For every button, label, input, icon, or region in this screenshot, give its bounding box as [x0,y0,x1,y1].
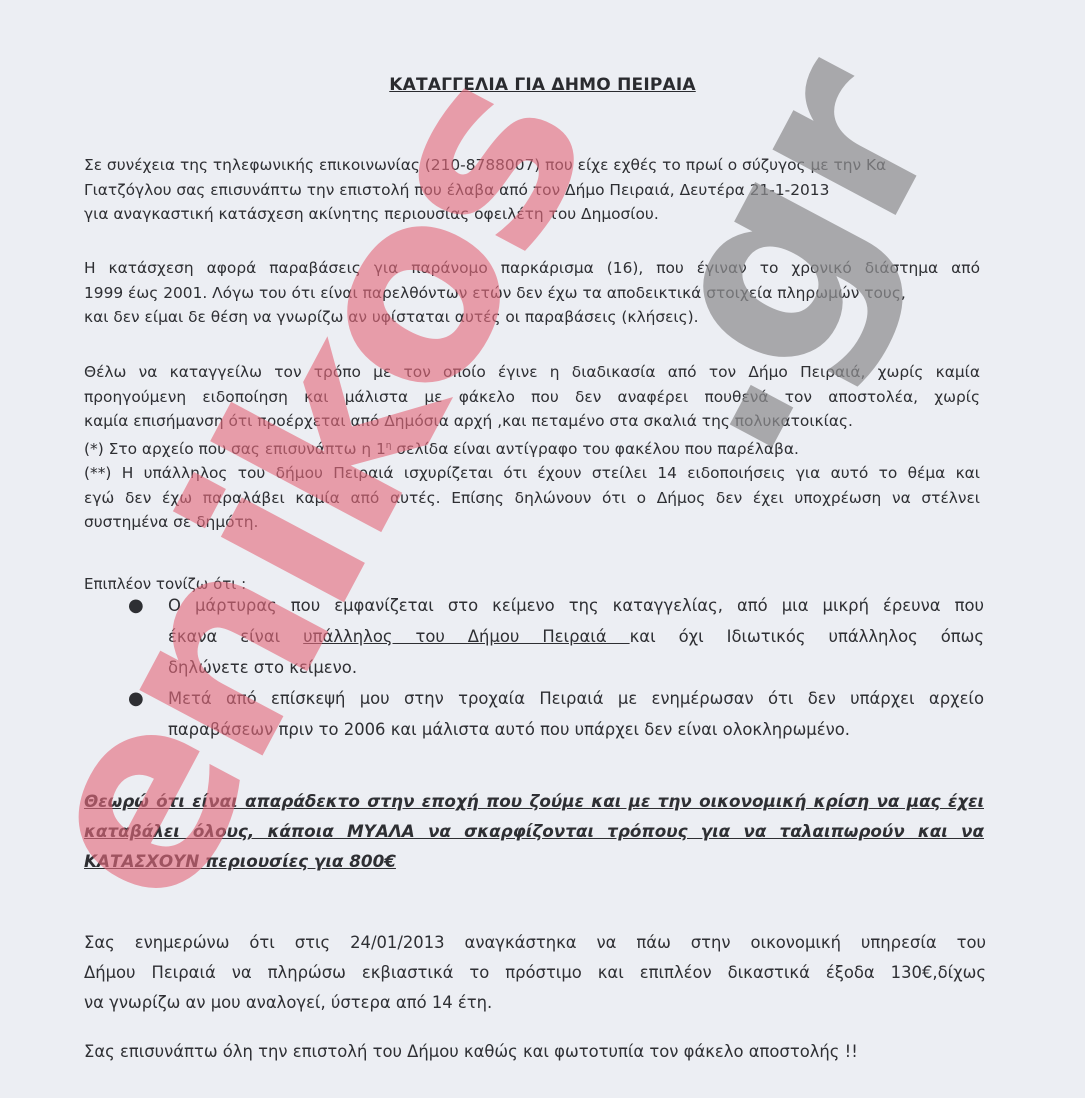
note-employee-line: (**) Η υπάλληλος του δήμου Πειραιά ισχυρ… [84,461,980,486]
complaint-line: προηγούμενη ειδοποίηση και μάλιστα με φά… [84,385,980,410]
intro-line: Γιατζόγλου σας επισυνάπτω την επιστολή π… [84,178,980,203]
seizure-line: 1999 έως 2001. Λόγω του ότι είναι παρελθ… [84,281,980,306]
intro-line: για αναγκαστική κατάσχεση ακίνητης περιο… [84,202,980,227]
bullet-item: ● Μετά από επίσκεψή μου στην τροχαία Πει… [84,683,984,745]
intro-line: Σε συνέχεια της τηλεφωνικής επικοινωνίας… [84,153,980,178]
complaint-line: Θέλω να καταγγείλω τον τρόπο με τον οποί… [84,360,980,385]
complaint-paragraph: Θέλω να καταγγείλω τον τρόπο με τον οποί… [84,360,980,535]
payment-paragraph: Σας ενημερώνω ότι στις 24/01/2013 αναγκά… [84,928,986,1018]
note-employee-line: εγώ δεν έχω παραλάβει καμία από αυτές. Ε… [84,486,980,511]
seizure-paragraph: Η κατάσχεση αφορά παραβάσεις για παράνομ… [84,256,980,330]
document-title: ΚΑΤΑΓΓΕΛΙΑ ΓΙΑ ΔΗΜΟ ΠΕΙΡΑΙΑ [0,75,1085,95]
note-employee-line: συστημένα σε δημότη. [84,510,980,535]
scanned-document: ΚΑΤΑΓΓΕΛΙΑ ΓΙΑ ΔΗΜΟ ΠΕΙΡΑΙΑ Σε συνέχεια … [0,0,1085,1098]
seizure-line: Η κατάσχεση αφορά παραβάσεις για παράνομ… [84,256,980,281]
bullet-list: ● Ο μάρτυρας που εμφανίζεται στο κείμενο… [84,590,984,745]
bullet-icon: ● [128,590,144,621]
underlined-phrase: υπάλληλος του Δήμου Πειραιά [303,627,629,646]
note-attachment: (*) Στο αρχείο που σας επισυνάπτω η 1η σ… [84,434,980,462]
complaint-line: καμία επισήμανση ότι προέρχεται από Δημό… [84,409,980,434]
closing-line: Σας επισυνάπτω όλη την επιστολή του Δήμο… [84,1042,858,1061]
protest-statement: Θεωρώ ότι είναι απαράδεκτο στην εποχή πο… [84,786,984,876]
intro-paragraph: Σε συνέχεια της τηλεφωνικής επικοινωνίας… [84,153,980,227]
bullet-icon: ● [128,683,144,714]
seizure-line: και δεν είμαι δε θέση να γνωρίζω αν υφίσ… [84,305,980,330]
bullet-item: ● Ο μάρτυρας που εμφανίζεται στο κείμενο… [84,590,984,683]
